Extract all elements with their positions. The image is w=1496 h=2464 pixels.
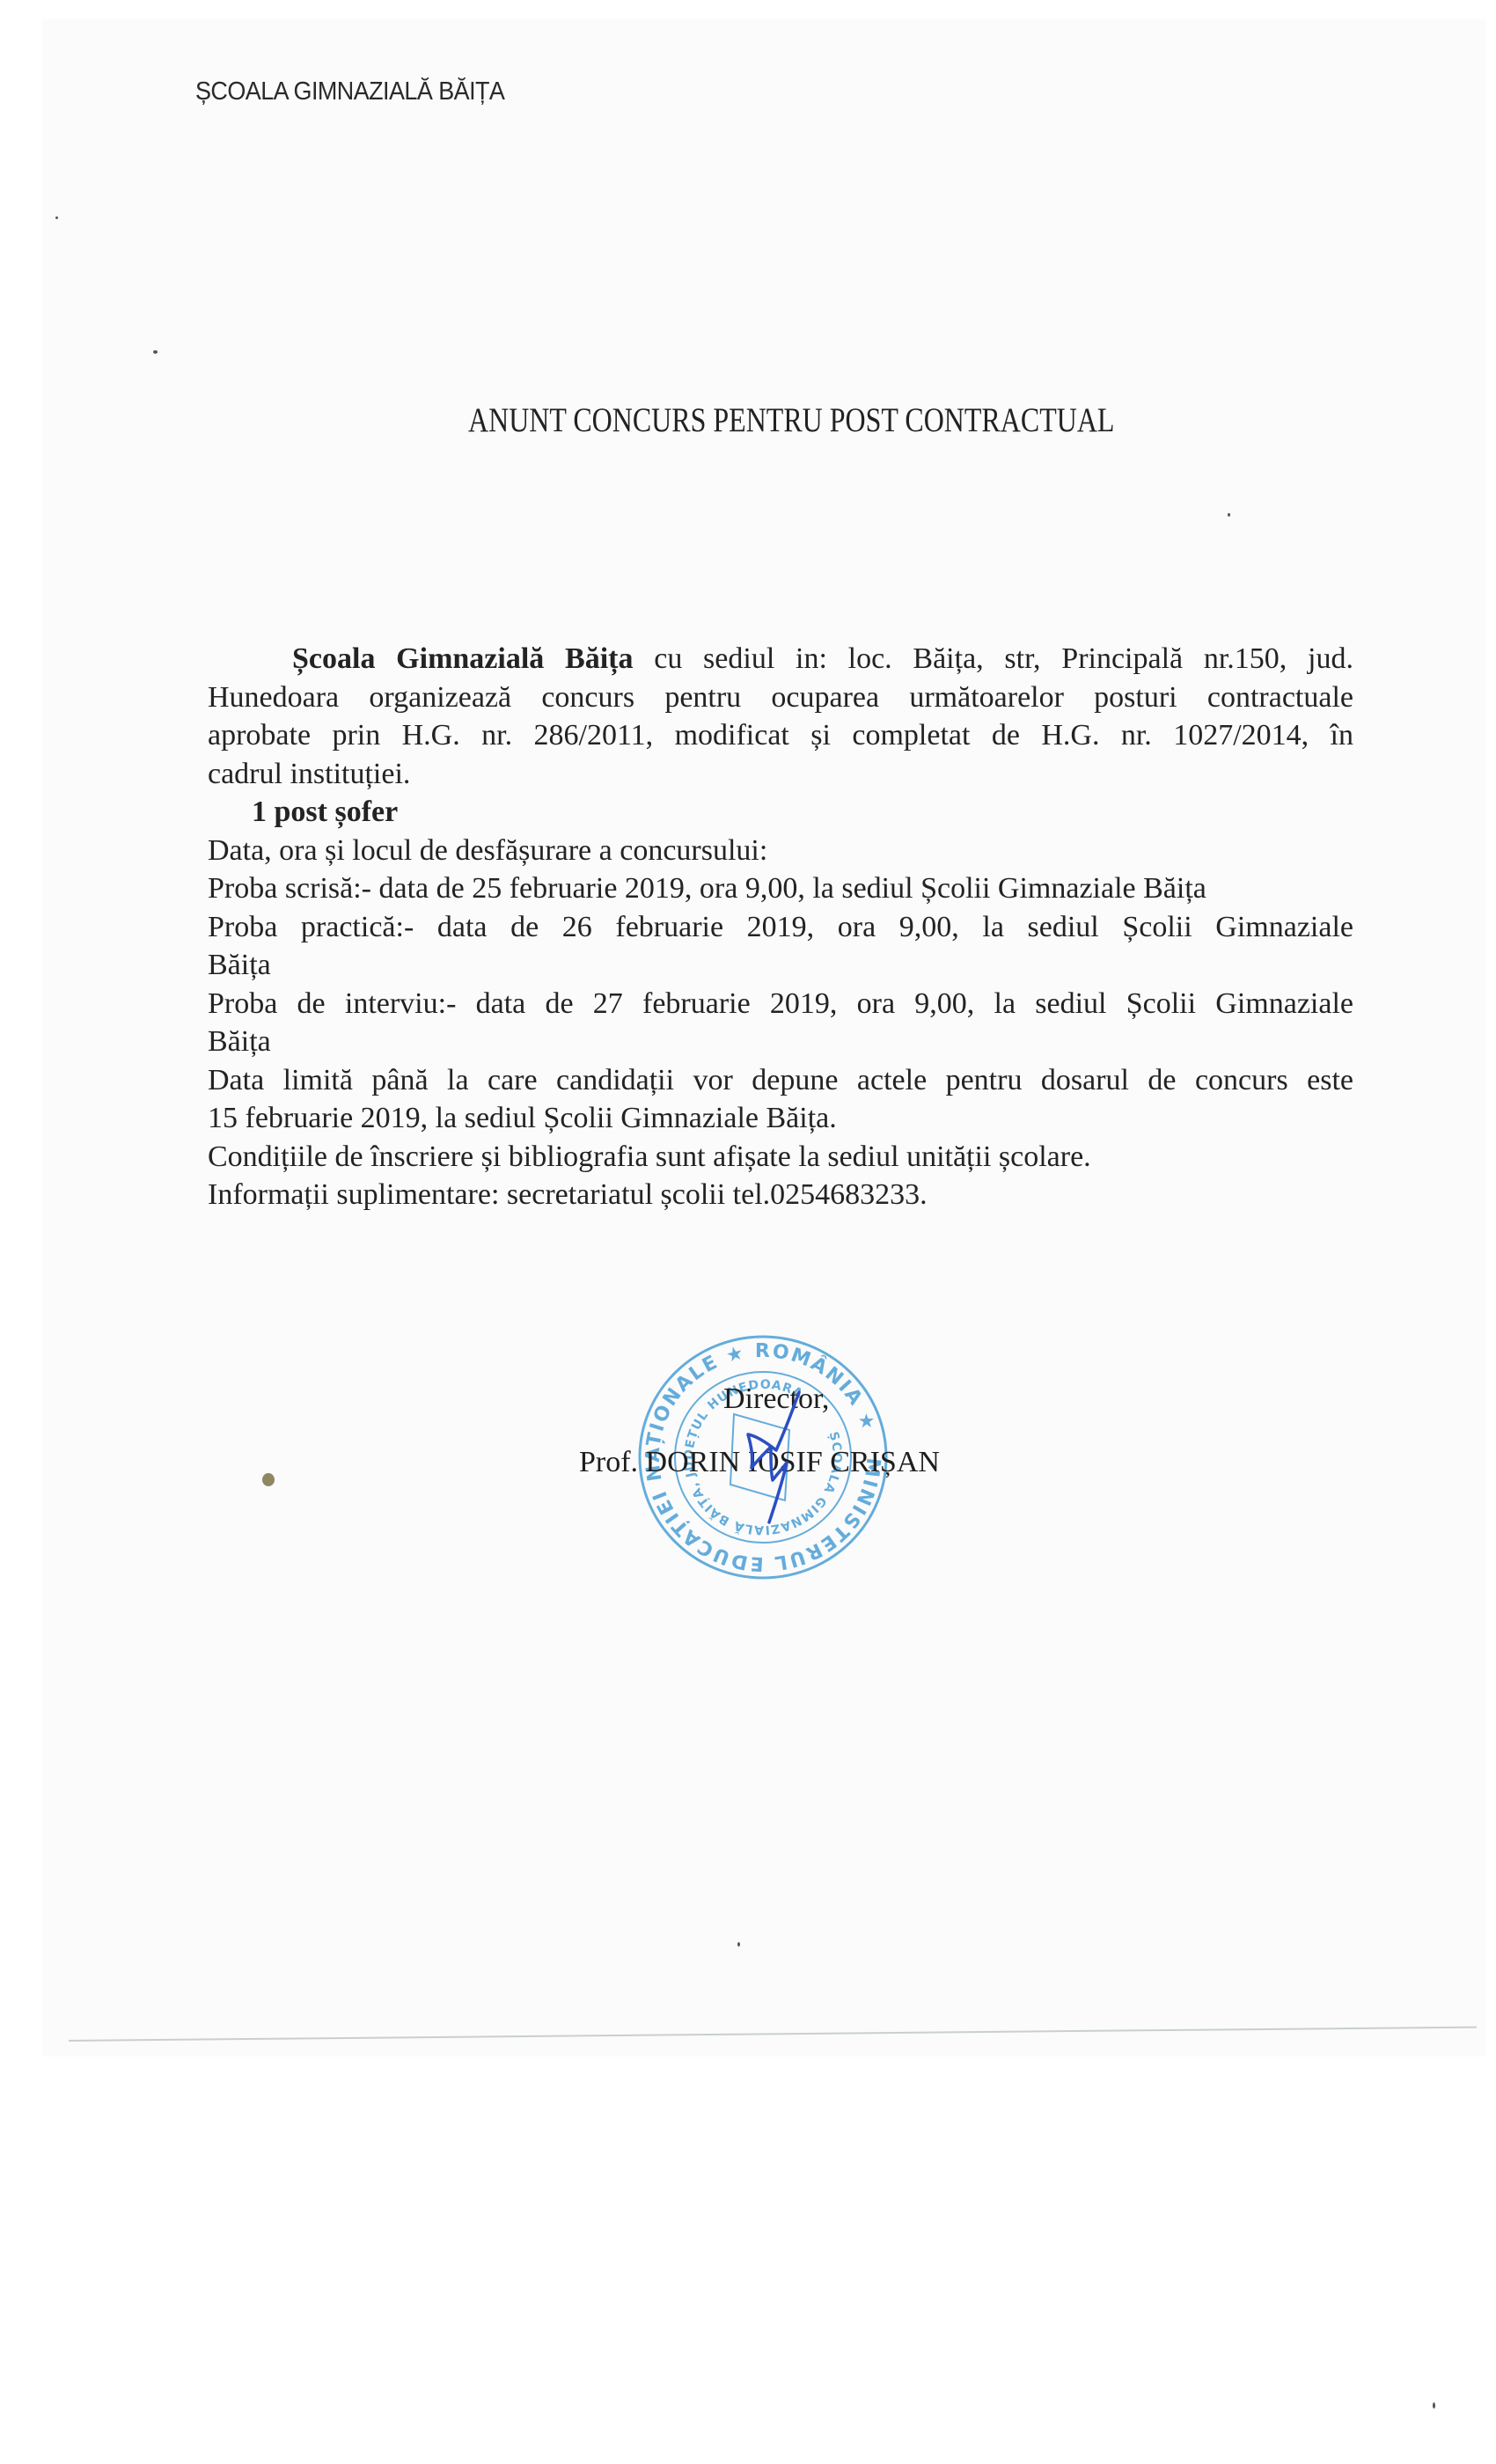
intro-line-3: aprobate prin H.G. nr. 286/2011, modific… [208,716,1353,755]
scan-speck [1433,2402,1435,2409]
conditions-line: Condițiile de înscriere și bibliografia … [208,1138,1353,1177]
scan-speck [55,216,58,219]
proba-interviu-line-1: Proba de interviu:- data de 27 februarie… [208,985,1353,1023]
document-title: ANUNT CONCURS PENTRU POST CONTRACTUAL [468,400,1114,440]
proba-practica-line-1: Proba practică:- data de 26 februarie 20… [208,908,1353,947]
intro-line-4: cadrul instituției. [208,755,1353,794]
proba-scrisa: Proba scrisă:- data de 25 februarie 2019… [208,869,1353,908]
scan-speck [153,350,158,354]
contact-info-line: Informații suplimentare: secretariatul ș… [208,1176,1353,1214]
post-title: 1 post șofer [208,793,1353,832]
announcement-body: Școala Gimnazială Băița cu sediul in: lo… [208,640,1353,1214]
schedule-heading: Data, ora și locul de desfășurare a conc… [208,832,1353,870]
scan-speck [262,1473,275,1486]
school-name-bold: Școala Gimnazială Băița [292,642,633,675]
scan-speck [1228,513,1230,517]
proba-practica-line-2: Băița [208,946,1353,985]
deadline-line-1: Data limită până la care candidații vor … [208,1061,1353,1100]
intro-line-2: Hunedoara organizează concurs pentru ocu… [208,678,1353,717]
signature-icon [713,1382,810,1531]
scan-speck [737,1942,740,1947]
intro-line-1: Școala Gimnazială Băița cu sediul in: lo… [208,640,1353,678]
proba-interviu-line-2: Băița [208,1023,1353,1061]
deadline-line-2: 15 februarie 2019, la sediul Școlii Gimn… [208,1099,1353,1138]
school-header: ȘCOALA GIMNAZIALĂ BĂIȚA [195,77,504,106]
